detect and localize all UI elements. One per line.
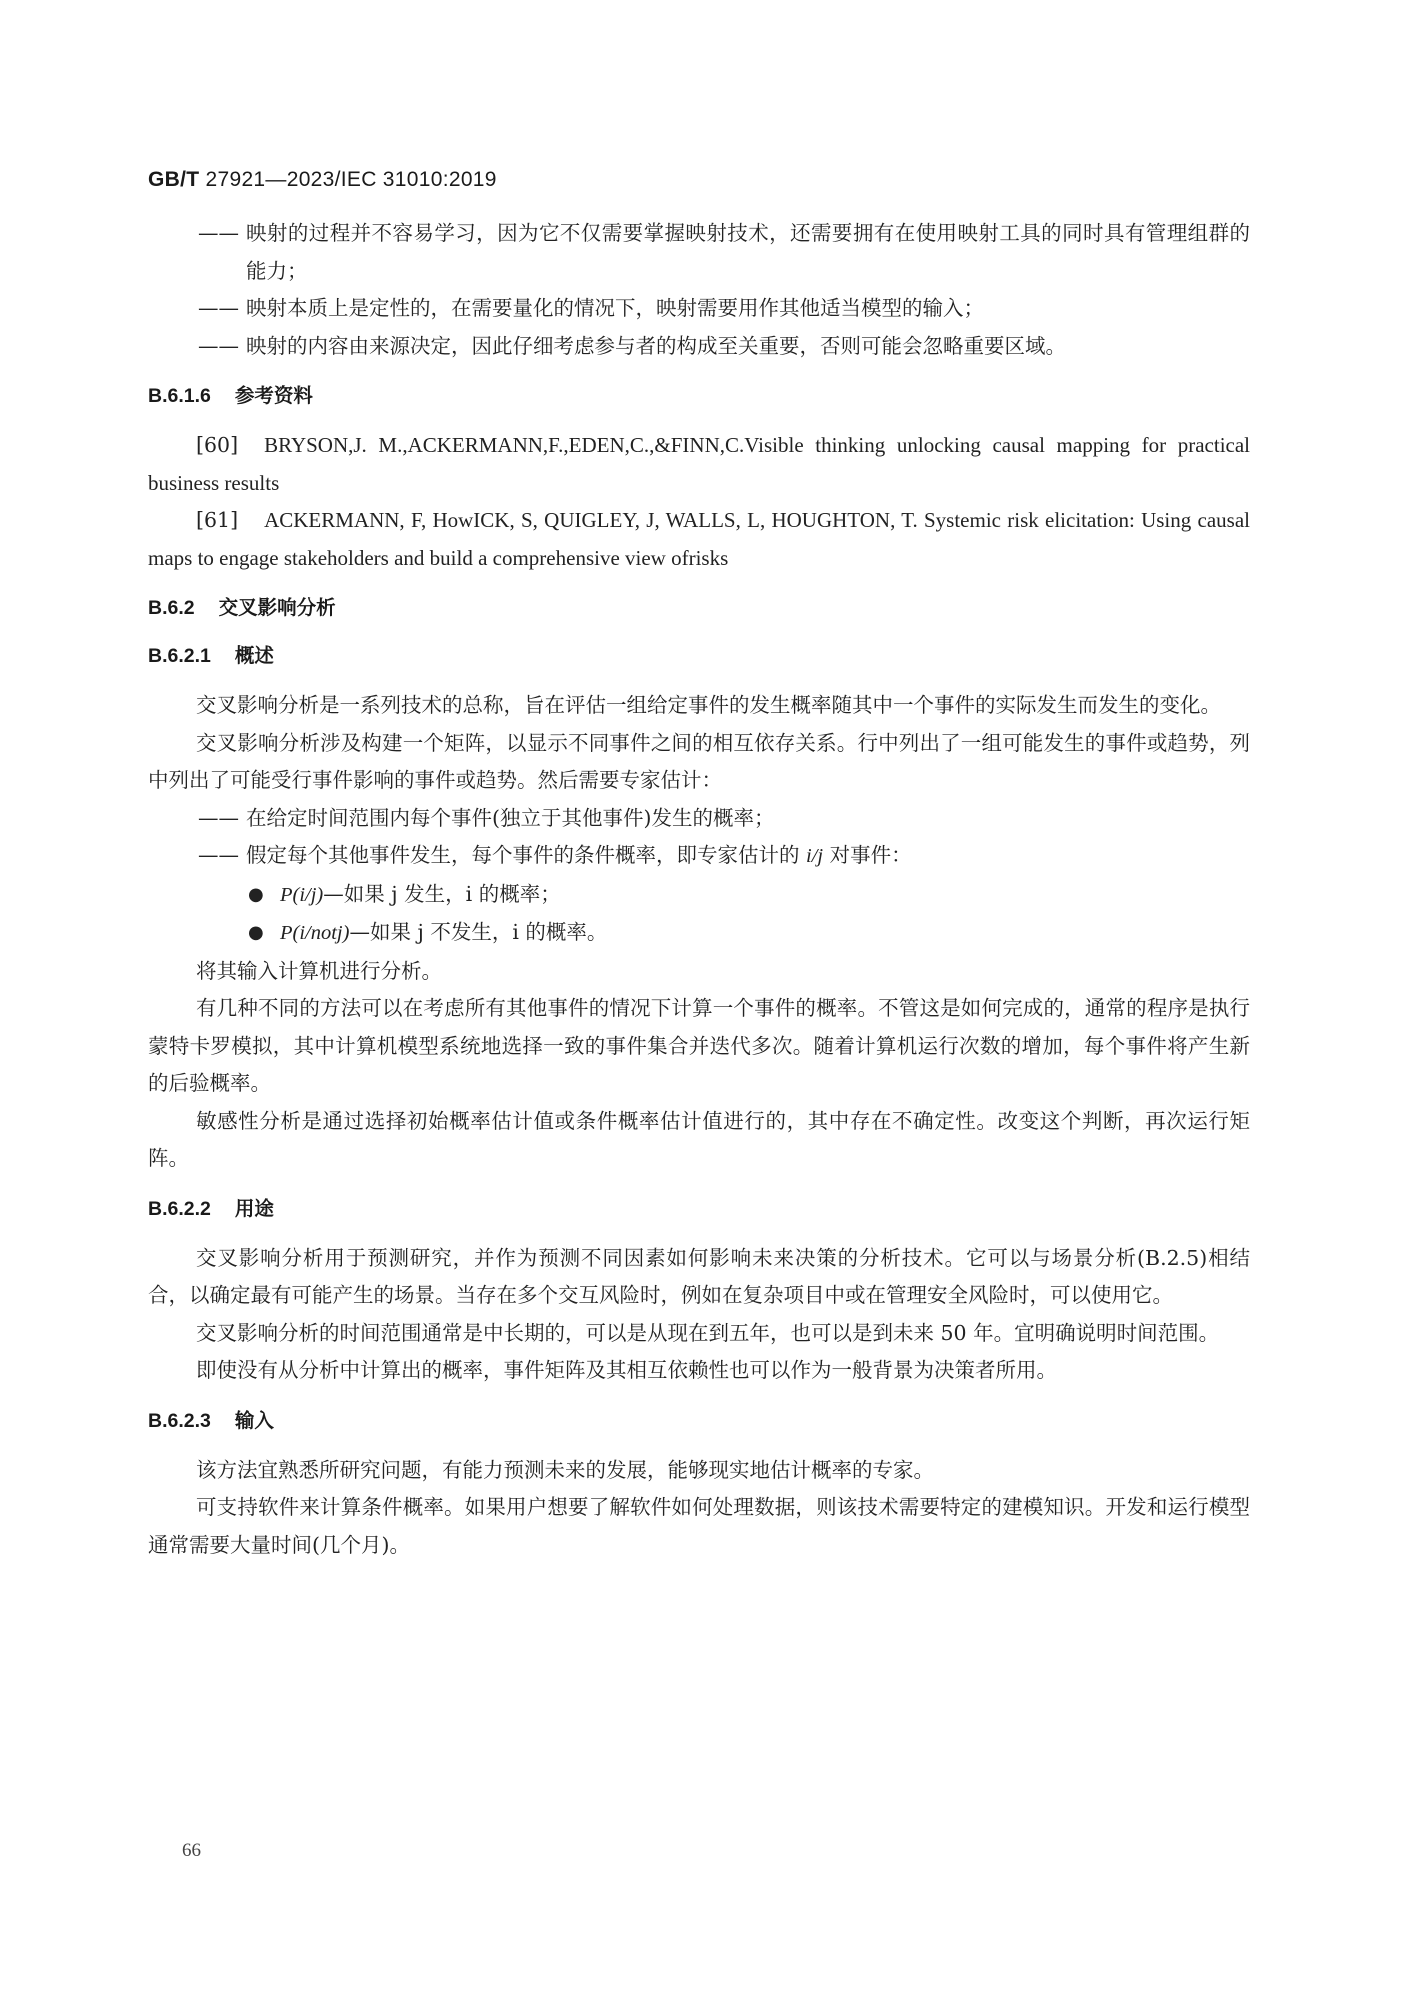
- italic-term: i/j: [806, 845, 823, 867]
- bullet-description: —如果 j 不发生，i 的概率。: [349, 920, 607, 944]
- list-item: —— 在给定时间范围内每个事件(独立于其他事件)发生的概率；: [198, 800, 1250, 838]
- dash-marker: ——: [198, 328, 246, 366]
- paragraph: 交叉影响分析用于预测研究，并作为预测不同因素如何影响未来决策的分析技术。它可以与…: [148, 1240, 1250, 1315]
- dash-marker: ——: [198, 215, 246, 290]
- paragraph: 敏感性分析是通过选择初始概率估计值或条件概率估计值进行的，其中存在不确定性。改变…: [148, 1103, 1250, 1178]
- section-heading-b6-2: B.6.2交叉影响分析: [148, 591, 1250, 625]
- section-heading-b6-2-3: B.6.2.3输入: [148, 1404, 1250, 1438]
- bullet-text: P(i/j)—如果 j 发生，i 的概率；: [280, 876, 1250, 915]
- reference-text: BRYSON,J. M.,ACKERMANN,F.,EDEN,C.,&FINN,…: [148, 433, 1250, 495]
- list-item-text: 映射本质上是定性的，在需要量化的情况下，映射需要用作其他适当模型的输入；: [246, 290, 1250, 328]
- paragraph: 该方法宜熟悉所研究问题，有能力预测未来的发展，能够现实地估计概率的专家。: [148, 1452, 1250, 1490]
- reference-number: [61]: [196, 502, 238, 540]
- section-number: B.6.2.3: [148, 1404, 211, 1438]
- document-page: GB/T 27921—2023/IEC 31010:2019 —— 映射的过程并…: [0, 0, 1414, 2000]
- list-item-text: 映射的内容由来源决定，因此仔细考虑参与者的构成至关重要，否则可能会忽略重要区域。: [246, 328, 1250, 366]
- section-number: B.6.1.6: [148, 379, 211, 413]
- section-title: 输入: [235, 1410, 274, 1432]
- text-part: 假定每个其他事件发生，每个事件的条件概率，即专家估计的: [246, 843, 806, 867]
- doc-id-prefix: GB/T: [148, 168, 199, 191]
- dash-marker: ——: [198, 837, 246, 876]
- bullet-description: —如果 j 发生，i 的概率；: [323, 882, 560, 906]
- paragraph: 交叉影响分析是一系列技术的总称，旨在评估一组给定事件的发生概率随其中一个事件的实…: [148, 687, 1250, 725]
- section-title: 参考资料: [235, 385, 313, 407]
- section-title: 概述: [235, 645, 274, 667]
- reference-number: [60]: [196, 427, 238, 465]
- section-title: 交叉影响分析: [219, 597, 336, 619]
- formula: P(i/j): [280, 884, 323, 906]
- section-number: B.6.2.2: [148, 1192, 211, 1226]
- list-item: —— 映射的过程并不容易学习，因为它不仅需要掌握映射技术，还需要拥有在使用映射工…: [198, 215, 1250, 290]
- section-title: 用途: [235, 1198, 274, 1220]
- list-item: —— 映射的内容由来源决定，因此仔细考虑参与者的构成至关重要，否则可能会忽略重要…: [198, 328, 1250, 366]
- text-part: 对事件：: [823, 843, 912, 867]
- paragraph: 交叉影响分析涉及构建一个矩阵，以显示不同事件之间的相互依存关系。行中列出了一组可…: [148, 725, 1250, 800]
- section-heading-b6-1-6: B.6.1.6参考资料: [148, 379, 1250, 413]
- formula: P(i/notj): [280, 922, 349, 944]
- paragraph: 有几种不同的方法可以在考虑所有其他事件的情况下计算一个事件的概率。不管这是如何完…: [148, 990, 1250, 1103]
- document-body: —— 映射的过程并不容易学习，因为它不仅需要掌握映射技术，还需要拥有在使用映射工…: [148, 215, 1250, 1564]
- doc-id-number: 27921—2023/IEC 31010:2019: [206, 168, 497, 191]
- list-item: —— 假定每个其他事件发生，每个事件的条件概率，即专家估计的 i/j 对事件：: [198, 837, 1250, 876]
- reference-item: [60]BRYSON,J. M.,ACKERMANN,F.,EDEN,C.,&F…: [148, 427, 1250, 502]
- dash-marker: ——: [198, 290, 246, 328]
- section-heading-b6-2-2: B.6.2.2用途: [148, 1192, 1250, 1226]
- paragraph: 交叉影响分析的时间范围通常是中长期的，可以是从现在到五年，也可以是到未来 50 …: [148, 1315, 1250, 1353]
- section-heading-b6-2-1: B.6.2.1概述: [148, 639, 1250, 673]
- paragraph: 即使没有从分析中计算出的概率，事件矩阵及其相互依赖性也可以作为一般背景为决策者所…: [148, 1352, 1250, 1390]
- bullet-item: ● P(i/j)—如果 j 发生，i 的概率；: [248, 876, 1250, 915]
- page-number: 66: [182, 1840, 201, 1862]
- list-item-text: 映射的过程并不容易学习，因为它不仅需要掌握映射技术，还需要拥有在使用映射工具的同…: [246, 215, 1250, 290]
- document-identifier: GB/T 27921—2023/IEC 31010:2019: [148, 168, 497, 192]
- list-item-text: 假定每个其他事件发生，每个事件的条件概率，即专家估计的 i/j 对事件：: [246, 837, 1250, 876]
- list-item-text: 在给定时间范围内每个事件(独立于其他事件)发生的概率；: [246, 800, 1250, 838]
- reference-item: [61]ACKERMANN, F, HowICK, S, QUIGLEY, J,…: [148, 502, 1250, 577]
- bullet-icon: ●: [248, 914, 280, 953]
- dash-marker: ——: [198, 800, 246, 838]
- reference-text: ACKERMANN, F, HowICK, S, QUIGLEY, J, WAL…: [148, 508, 1250, 570]
- bullet-item: ● P(i/notj)—如果 j 不发生，i 的概率。: [248, 914, 1250, 953]
- section-number: B.6.2: [148, 591, 195, 625]
- paragraph: 将其输入计算机进行分析。: [148, 953, 1250, 991]
- paragraph: 可支持软件来计算条件概率。如果用户想要了解软件如何处理数据，则该技术需要特定的建…: [148, 1489, 1250, 1564]
- bullet-icon: ●: [248, 876, 280, 915]
- bullet-text: P(i/notj)—如果 j 不发生，i 的概率。: [280, 914, 1250, 953]
- list-item: —— 映射本质上是定性的，在需要量化的情况下，映射需要用作其他适当模型的输入；: [198, 290, 1250, 328]
- section-number: B.6.2.1: [148, 639, 211, 673]
